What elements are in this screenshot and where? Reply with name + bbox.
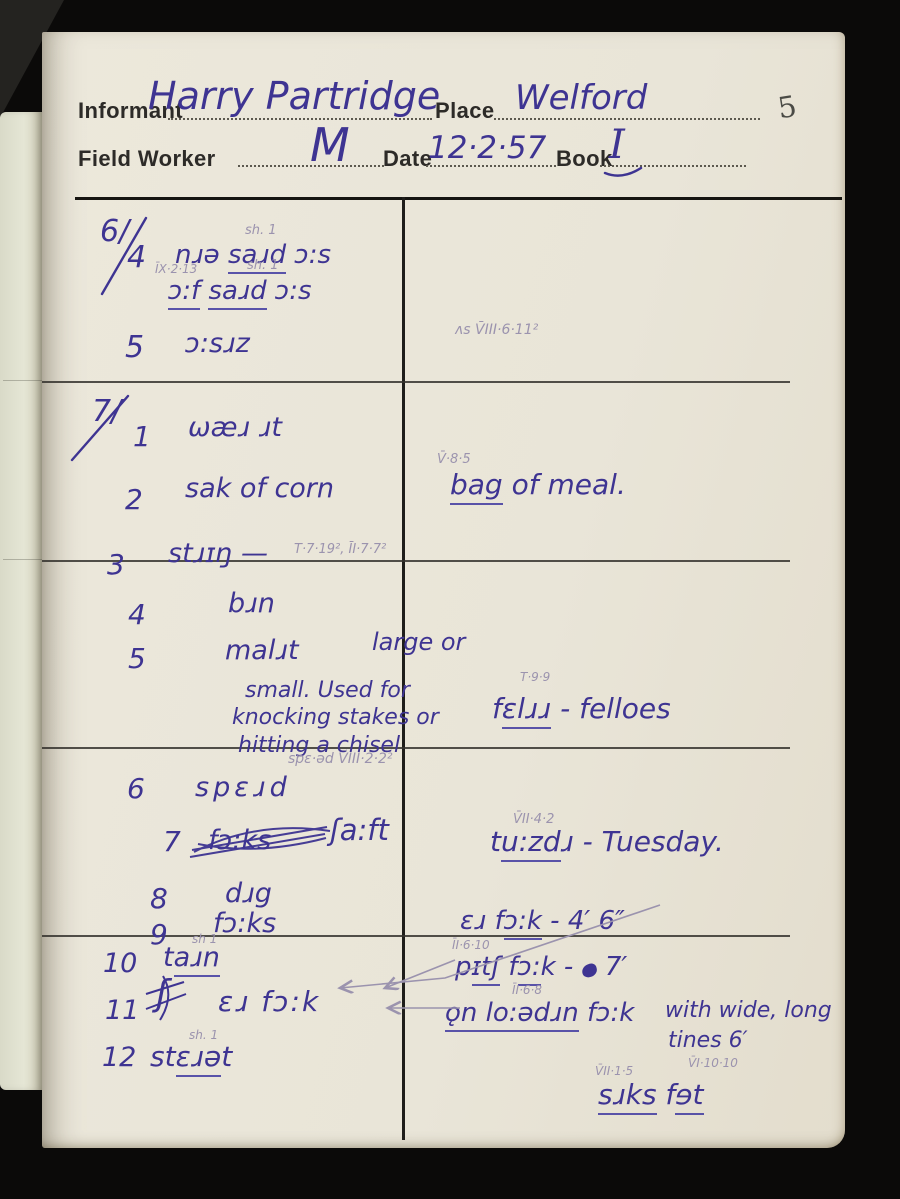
phonetic-entry: spɛɹd bbox=[195, 772, 291, 803]
entry-number: 11 bbox=[105, 995, 139, 1026]
pencil-ref: ĪI·6·8 bbox=[512, 983, 542, 997]
phonetic-entry: taɹn bbox=[163, 942, 220, 973]
struck-word: fɔ:ks bbox=[208, 825, 271, 856]
pencil-ref: V̄I·10·10 bbox=[688, 1056, 738, 1070]
informant-value: Harry Partridge bbox=[148, 74, 440, 118]
pencil-ref: V̄·8·5 bbox=[437, 452, 471, 467]
scanned-notebook-photo: { "page_number": "5", "header": { "infor… bbox=[0, 0, 900, 1199]
scribbled-out-number bbox=[580, 962, 598, 978]
gloss-note: fɛlɹɹ - felloes bbox=[492, 692, 671, 725]
pencil-ref: ĪX·2·13 bbox=[155, 262, 197, 276]
rule-stub bbox=[3, 380, 42, 381]
place-value: Welford bbox=[515, 78, 647, 118]
entry-number: 7 bbox=[163, 825, 181, 858]
section-rule-2 bbox=[42, 560, 790, 562]
phonetic-entry: dɹg bbox=[225, 878, 272, 909]
phonetic-entry: stɛɹət bbox=[150, 1040, 232, 1073]
pencil-ref: ĪI·6·10 bbox=[452, 938, 490, 952]
place-label: Place bbox=[435, 98, 495, 124]
entry-number: 4 bbox=[128, 598, 146, 631]
pencil-ref: V̄II·1·5 bbox=[595, 1064, 633, 1078]
phonetic-entry: ωæɹ ɹt bbox=[188, 412, 282, 443]
facing-page-edge bbox=[0, 112, 43, 1090]
gloss-note: ǫn lo:ədɹn fɔ:k bbox=[445, 998, 634, 1028]
entry-number: 10 bbox=[103, 948, 137, 979]
entry-number: 3 bbox=[107, 548, 125, 581]
cursive-note: with wide, long bbox=[665, 998, 832, 1023]
phonetic-entry: bɹn bbox=[228, 588, 275, 619]
struck-symbol: ʃ bbox=[156, 973, 168, 1014]
entry-number: 2 bbox=[125, 483, 143, 516]
phonetic-entry: fɔ:ks bbox=[213, 908, 276, 939]
cursive-note: large or bbox=[372, 628, 465, 656]
phonetic-entry: ɔ:sɹz bbox=[185, 328, 250, 359]
pencil-ref: T·7·19², ĪI·7·7² bbox=[294, 542, 386, 557]
section-rule-1 bbox=[42, 381, 790, 383]
entry-number: 5 bbox=[125, 330, 144, 365]
cursive-note: tines 6′ bbox=[668, 1028, 748, 1053]
entry-number: 6 bbox=[127, 772, 145, 805]
book-value: I bbox=[609, 122, 625, 168]
entry-number: 1 bbox=[133, 420, 151, 453]
entry-number: 5 bbox=[128, 642, 146, 675]
pencil-ref: T·9·9 bbox=[520, 670, 550, 684]
header-rule bbox=[75, 197, 842, 200]
pencil-ref: sh. 1 bbox=[247, 258, 279, 273]
section-rule-3 bbox=[42, 747, 790, 749]
phonetic-entry: ɛɹ fɔ:k bbox=[218, 985, 320, 1018]
column-divider bbox=[402, 197, 405, 1140]
pencil-ref: spɛ·əd V̄III·2·2² bbox=[288, 751, 393, 767]
gloss-note: sɹks fɘt bbox=[598, 1078, 704, 1111]
date-value: 12·2·57 bbox=[428, 130, 546, 166]
gloss-note: pɪtʃ fɔ:k - 7′ bbox=[455, 952, 627, 982]
pencil-ref: ʌs V̄III·6·11² bbox=[455, 322, 538, 338]
field-worker-label: Field Worker bbox=[78, 146, 216, 172]
phonetic-entry: ʃa:ft bbox=[330, 813, 389, 847]
gloss-note: ɛɹ fɔ:k - 4′ 6″ bbox=[460, 906, 625, 936]
cursive-note: knocking stakes or bbox=[232, 705, 439, 730]
phonetic-entry: sak of corn bbox=[185, 473, 334, 504]
rule-stub bbox=[3, 559, 42, 560]
date-label: Date bbox=[383, 146, 432, 172]
group-number-7: 7/ bbox=[92, 394, 121, 429]
pencil-ref: sh. 1 bbox=[245, 223, 277, 238]
page-number: 5 bbox=[775, 89, 799, 125]
entry-number: 8 bbox=[150, 882, 168, 915]
entry-number: 12 bbox=[102, 1042, 136, 1073]
entry-number: 4 bbox=[127, 240, 146, 275]
cursive-note: small. Used for bbox=[245, 678, 410, 703]
group-number-6: 6/ bbox=[100, 214, 129, 249]
field-worker-value: M bbox=[310, 118, 350, 172]
phonetic-entry: stɹɪŋ — bbox=[168, 538, 268, 569]
notebook-page: Informant Harry Partridge Place Welford … bbox=[42, 32, 845, 1148]
book-label: Book bbox=[556, 146, 613, 172]
phonetic-entry: ɔ:f saɹd ɔ:s bbox=[168, 276, 312, 306]
gloss-note: tu:zdɹ - Tuesday. bbox=[490, 825, 724, 858]
phonetic-entry: malɹt bbox=[225, 635, 299, 666]
gloss-note: bag of meal. bbox=[450, 468, 626, 501]
